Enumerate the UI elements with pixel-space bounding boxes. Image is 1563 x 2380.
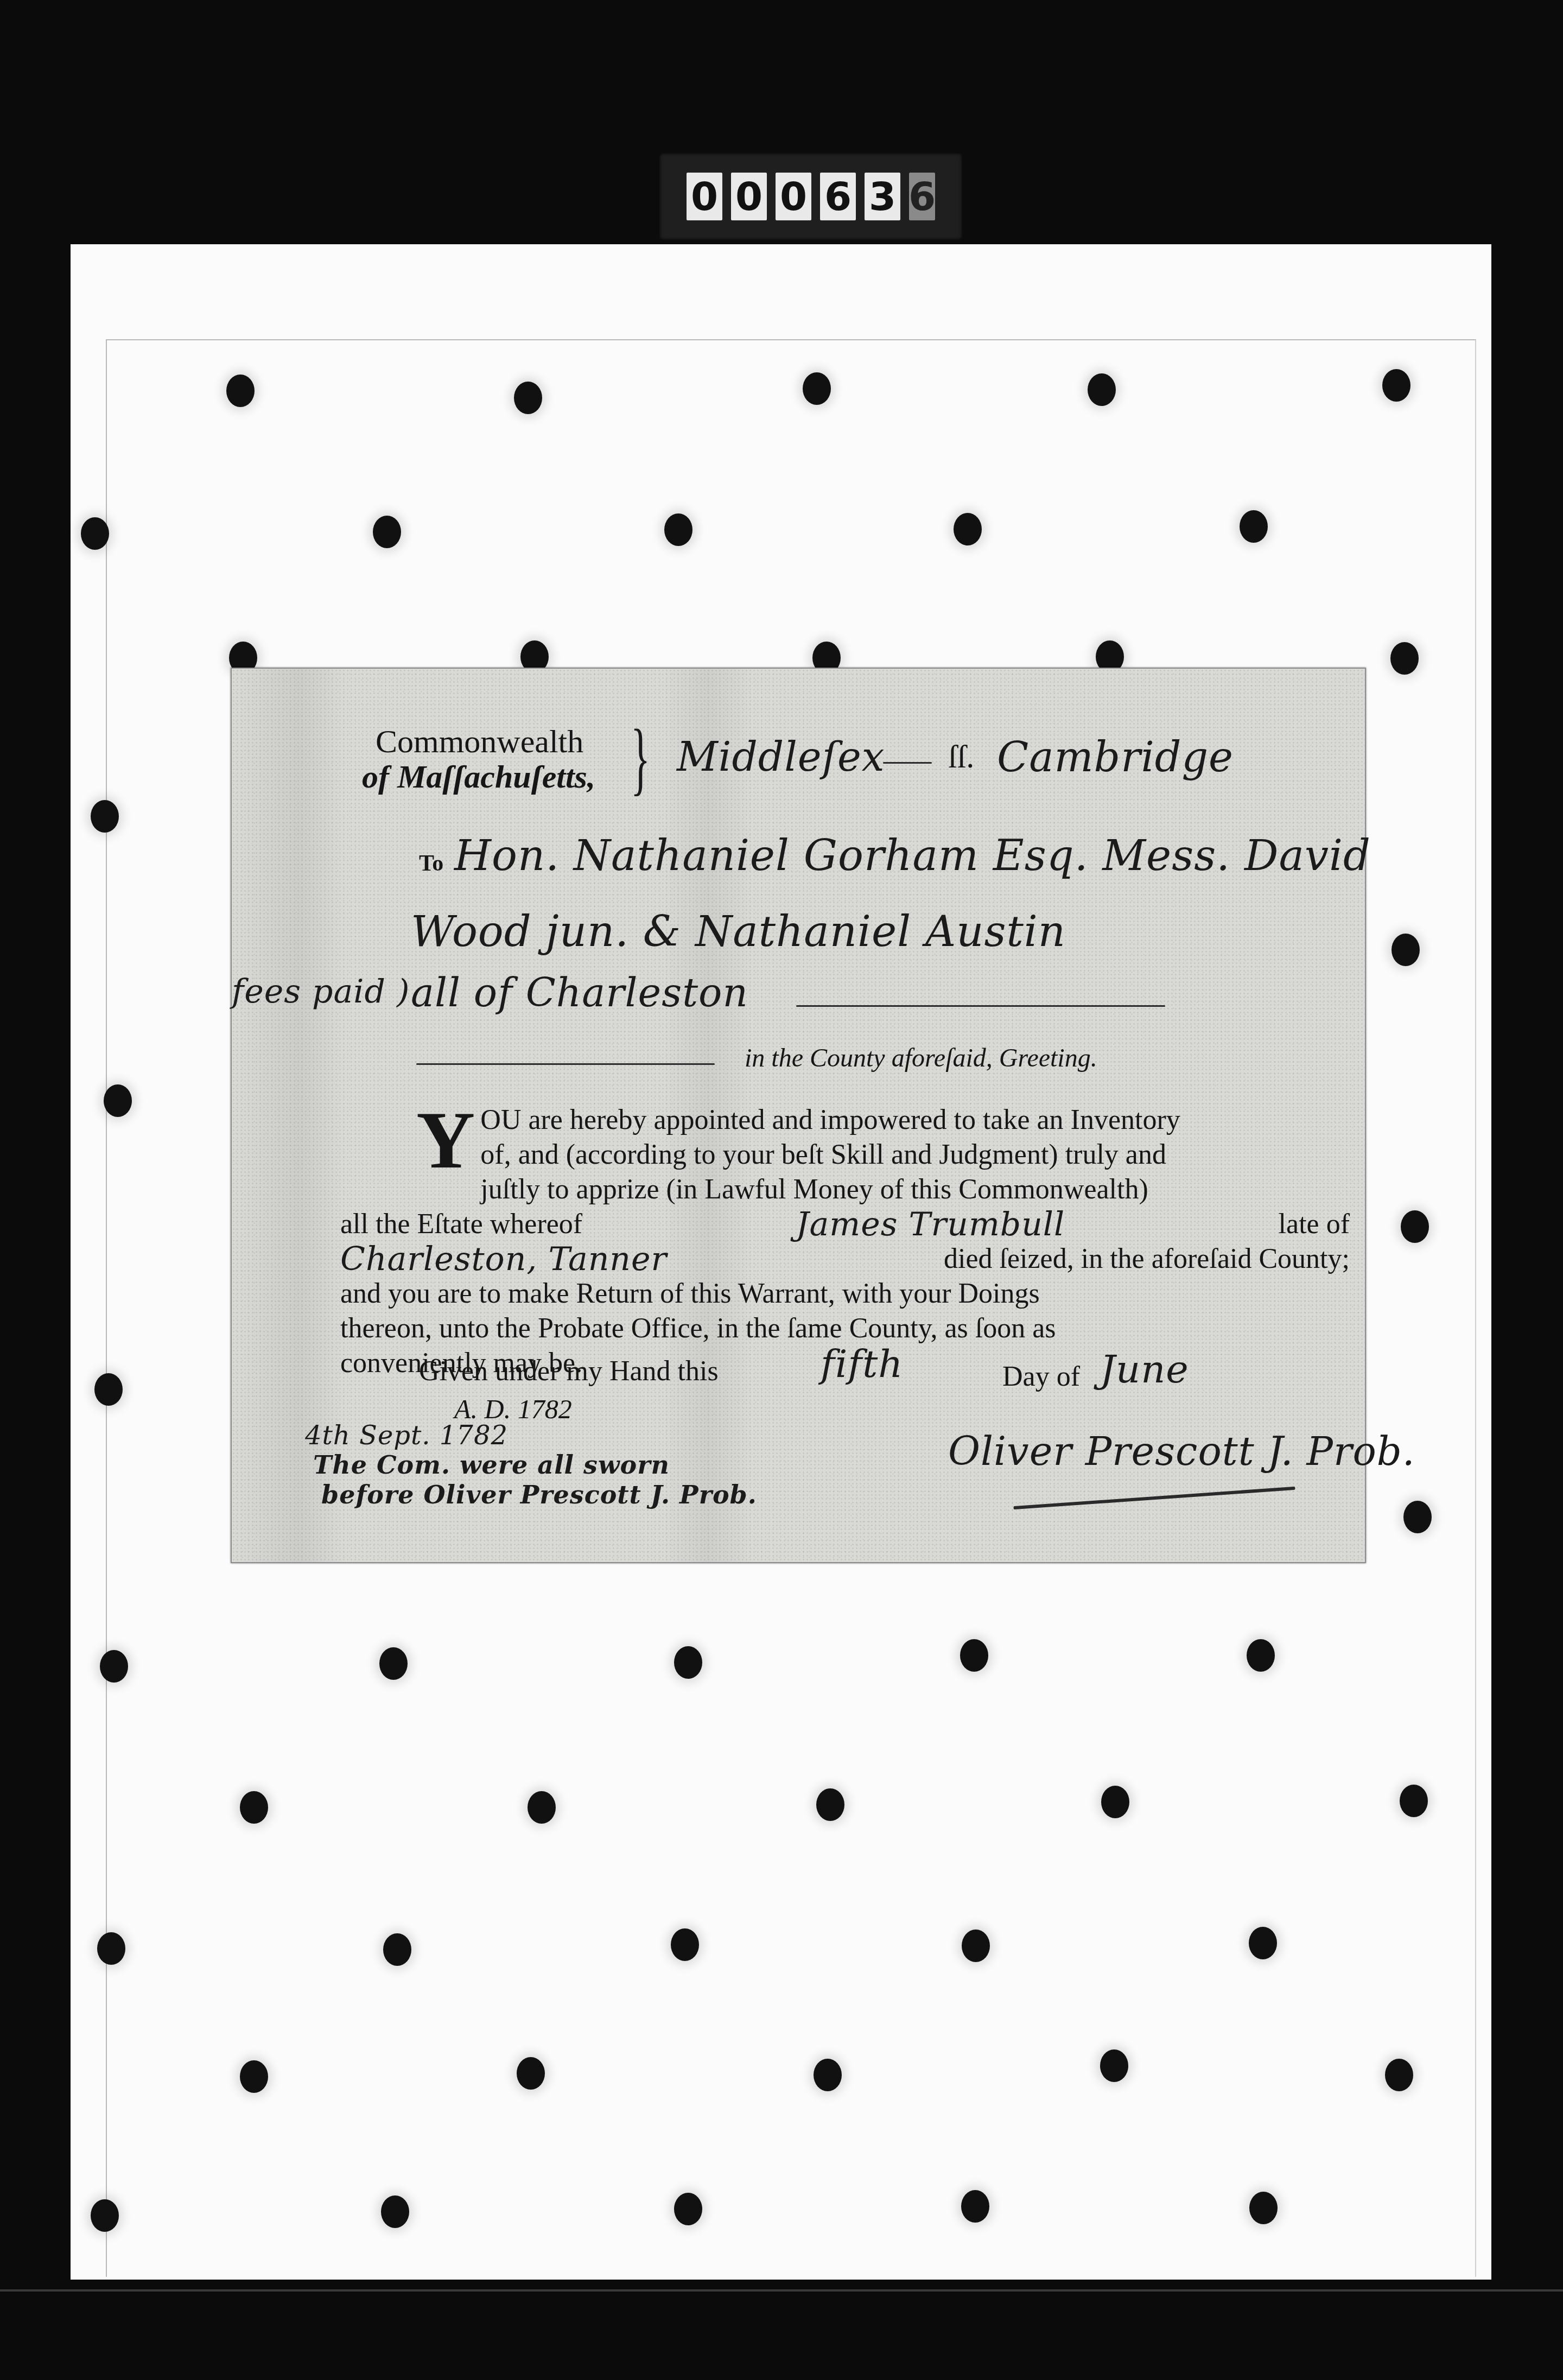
county-handwritten: Middleſex <box>677 734 885 780</box>
mount-hole-dot <box>81 517 109 550</box>
mount-hole-dot <box>97 1932 125 1965</box>
mount-hole-dot <box>1088 373 1116 406</box>
mount-hole-dot <box>816 1788 844 1821</box>
mount-hole-dot <box>1392 934 1420 966</box>
mount-hole-dot <box>383 1933 411 1966</box>
mount-hole-dot <box>1247 1639 1275 1672</box>
residence-handwritten: Charleston, Tanner <box>340 1242 667 1277</box>
month-handwritten: June <box>1100 1347 1189 1392</box>
ss-label: ſſ. <box>948 738 974 776</box>
given-label: Given under my Hand this <box>419 1355 719 1387</box>
mount-hole-dot <box>100 1650 128 1683</box>
counter-digit: 0 <box>776 173 811 220</box>
frame-bottom-line <box>0 2289 1563 2292</box>
mount-hole-dot <box>381 2195 409 2228</box>
greeting-text: in the County aforeſaid, Greeting. <box>745 1043 1097 1073</box>
mount-hole-dot <box>104 1084 132 1117</box>
to-label: To <box>419 851 443 877</box>
mount-hole-dot <box>94 1373 123 1406</box>
mount-hole-dot <box>91 800 119 833</box>
warrant-body: Y OU are hereby appointed and impowered … <box>416 1103 1350 1381</box>
body-line: late of <box>1279 1207 1350 1242</box>
mount-hole-dot <box>1401 1210 1429 1243</box>
body-line: and you are to make Return of this Warra… <box>340 1277 1040 1311</box>
body-line: OU are hereby appointed and impowered to… <box>480 1103 1180 1138</box>
judge-signature: Oliver Prescott J. Prob. <box>948 1429 1415 1474</box>
mount-hole-dot <box>226 375 255 407</box>
counter-digit: 3 <box>865 173 900 220</box>
mount-hole-dot <box>91 2199 119 2232</box>
mount-hole-dot <box>1249 1927 1277 1959</box>
header-brace: } <box>631 718 650 799</box>
mount-hole-dot <box>1240 510 1268 543</box>
mount-hole-dot <box>674 2193 702 2225</box>
probate-warrant-document: Commonwealth of Maſſachuſetts, } Middleſ… <box>231 668 1366 1563</box>
counter-digit-partial: 6 <box>909 173 935 220</box>
mount-hole-dot <box>240 2060 268 2093</box>
address-line-3: all of Charleston <box>411 970 748 1016</box>
mount-hole-dot <box>517 2057 545 2090</box>
mount-hole-dot <box>1385 2059 1413 2091</box>
oath-note-date: 4th Sept. 1782 <box>305 1420 508 1451</box>
counter-digit: 6 <box>820 173 856 220</box>
body-line: all the Eſtate whereof <box>340 1207 582 1242</box>
counter-digit: 0 <box>731 173 767 220</box>
mount-hole-dot <box>803 372 831 405</box>
mount-hole-dot <box>1403 1501 1432 1533</box>
mount-hole-dot <box>954 513 982 545</box>
oath-note-line: before Oliver Prescott J. Prob. <box>321 1480 757 1509</box>
header-commonwealth: Commonwealth <box>376 723 583 760</box>
mount-hole-dot <box>528 1791 556 1824</box>
mount-hole-dot <box>1249 2192 1278 2224</box>
header-massachusetts: of Maſſachuſetts, <box>362 758 595 796</box>
body-line: thereon, unto the Probate Office, in the… <box>340 1311 1056 1346</box>
mount-hole-dot <box>960 1639 988 1672</box>
town-handwritten: Cambridge <box>997 733 1234 781</box>
deceased-name-handwritten: James Trumbull <box>796 1207 1065 1242</box>
greeting-fill-line <box>416 1063 715 1065</box>
mount-hole-dot <box>1400 1785 1428 1817</box>
mount-hole-dot <box>514 382 542 414</box>
mount-hole-dot <box>671 1928 699 1961</box>
mount-hole-dot <box>240 1791 268 1824</box>
day-of-label: Day of <box>1002 1361 1080 1393</box>
mount-hole-dot <box>814 2059 842 2091</box>
mount-hole-dot <box>1100 2049 1128 2082</box>
counter-digit: 0 <box>687 173 722 220</box>
address-line-2: Wood jun. & Nathaniel Austin <box>411 907 1066 956</box>
dropcap-letter: Y <box>416 1105 475 1176</box>
body-line: of, and (according to your beſt Skill an… <box>480 1138 1166 1172</box>
mount-hole-dot <box>373 516 401 548</box>
mount-hole-dot <box>1390 642 1419 675</box>
day-handwritten: fifth <box>821 1342 903 1386</box>
body-line: died ſeized, in the aforeſaid County; <box>944 1242 1350 1277</box>
header-dash <box>883 762 932 764</box>
mount-hole-dot <box>379 1647 408 1680</box>
signature-flourish <box>1013 1487 1295 1509</box>
mount-hole-dot <box>962 1930 990 1962</box>
body-line: juſtly to apprize (in Lawful Money of th… <box>480 1172 1148 1207</box>
fees-paid-margin-note: fees paid ) <box>232 973 410 1011</box>
mount-hole-dot <box>1101 1786 1129 1818</box>
mount-hole-dot <box>664 513 692 546</box>
mount-hole-dot <box>1382 369 1410 402</box>
frame-counter-label: 0 0 0 6 3 6 <box>659 153 962 240</box>
oath-note-line: The Com. were all sworn <box>313 1450 670 1480</box>
mount-hole-dot <box>674 1646 702 1679</box>
address-fill-line <box>796 1005 1165 1007</box>
mount-hole-dot <box>961 2190 989 2223</box>
address-line-1: Hon. Nathaniel Gorham Esq. Mess. David <box>454 832 1371 880</box>
